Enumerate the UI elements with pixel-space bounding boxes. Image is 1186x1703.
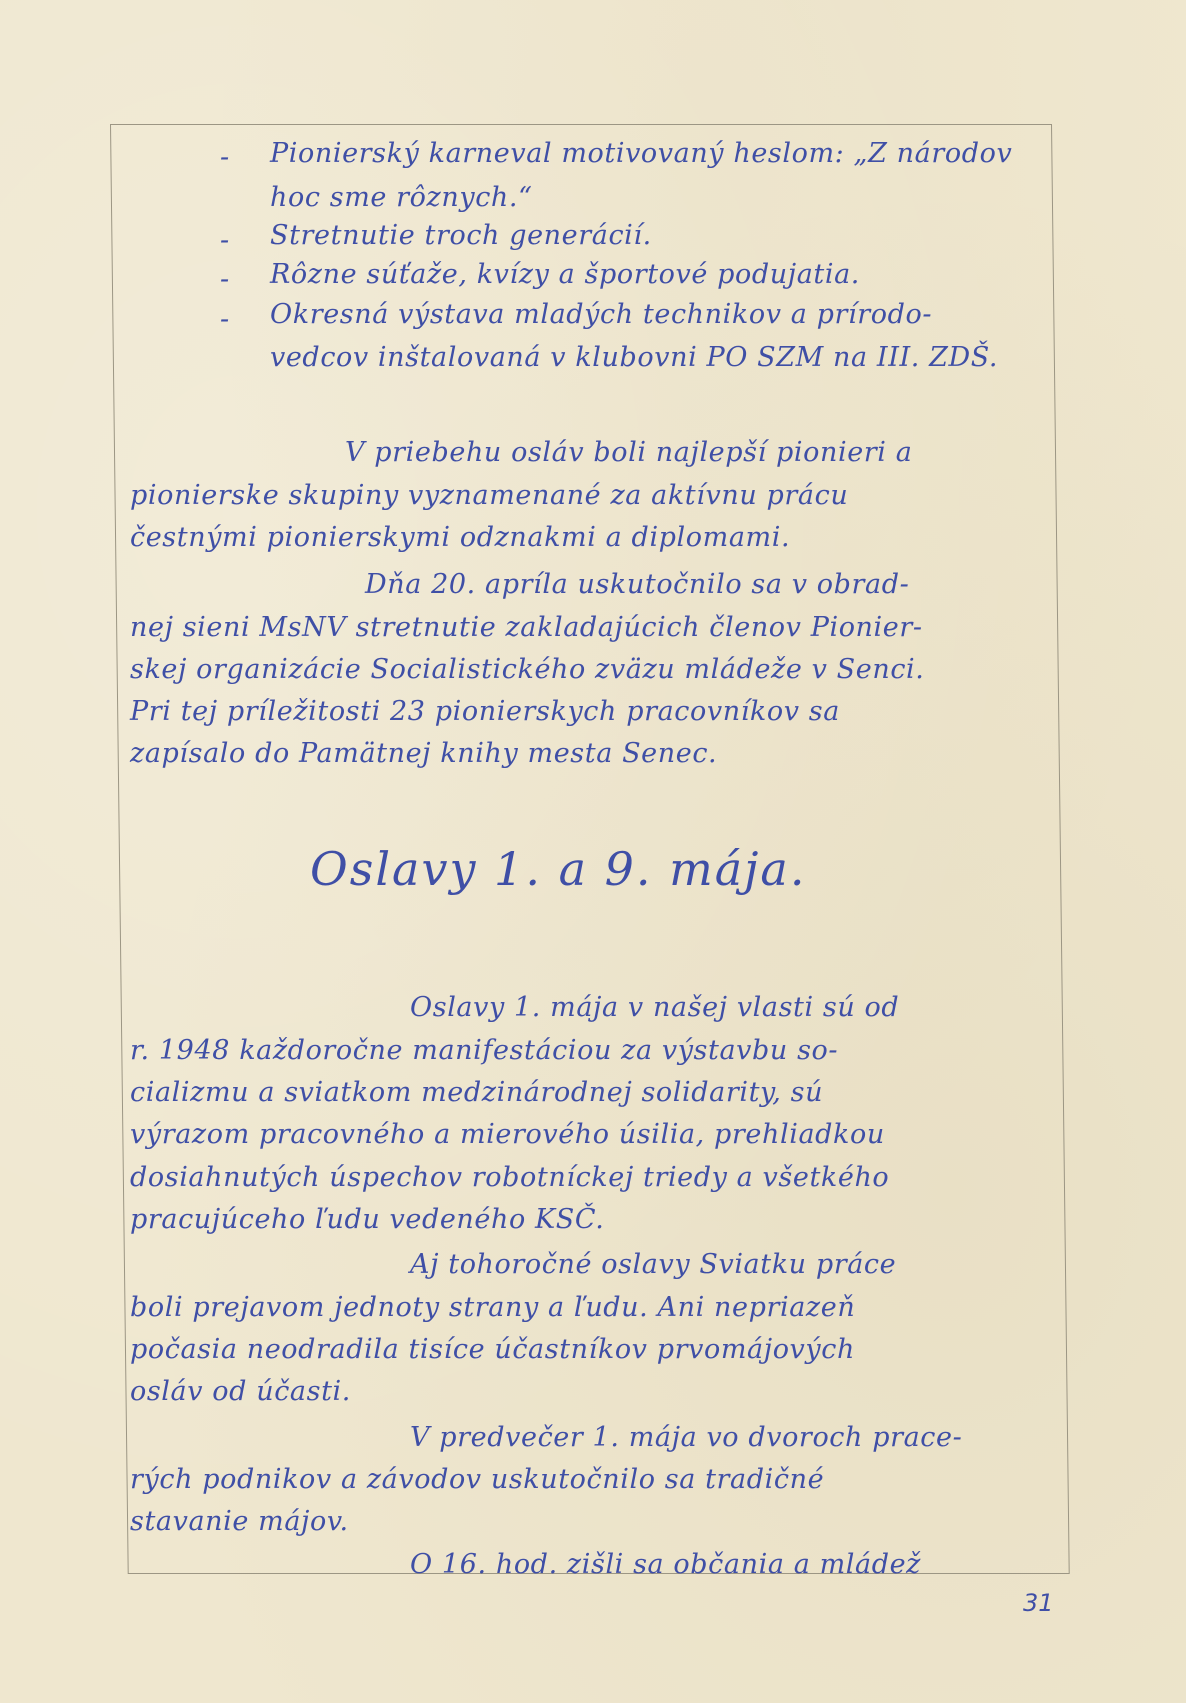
bullet-2-line-1: Stretnutie troch generácií. <box>270 220 652 251</box>
paragraph-line: r. 1948 každoročne manifestáciou za výst… <box>130 1035 838 1066</box>
paragraph-line: pracujúceho ľudu vedeného KSČ. <box>130 1204 604 1235</box>
paragraph-line: výrazom pracovného a mierového úsilia, p… <box>130 1119 885 1150</box>
paragraph-line: nej sieni MsNV stretnutie zakladajúcich … <box>130 612 923 643</box>
paragraph-line: čestnými pionierskymi odznakmi a diploma… <box>130 522 790 553</box>
bullet-dash: - <box>220 225 230 256</box>
bullet-dash: - <box>220 264 230 295</box>
paragraph-line: Pri tej príležitosti 23 pionierskych pra… <box>130 696 840 727</box>
paragraph-line: V predvečer 1. mája vo dvoroch prace- <box>410 1422 962 1453</box>
paragraph-line: Aj tohoročné oslavy Sviatku práce <box>410 1249 896 1280</box>
bullet-4-line-2: vedcov inštalovaná v klubovni PO SZM na … <box>270 342 998 373</box>
paragraph-line: cializmu a sviatkom medzinárodnej solida… <box>130 1077 823 1108</box>
bullet-3-line-1: Rôzne súťaže, kvízy a športové podujatia… <box>270 259 860 290</box>
paragraph-line: osláv od účasti. <box>130 1376 351 1407</box>
bullet-1-line-2: hoc sme rôznych.“ <box>270 182 533 213</box>
paragraph-line: O 16. hod. zišli sa občania a mládež <box>410 1549 921 1580</box>
paragraph-line: dosiahnutých úspechov robotníckej triedy… <box>130 1162 889 1193</box>
bullet-4-line-1: Okresná výstava mladých technikov a prír… <box>270 299 932 330</box>
paragraph-line: počasia neodradila tisíce účastníkov prv… <box>130 1334 855 1365</box>
bullet-1-line-1: Pionierský karneval motivovaný heslom: „… <box>270 138 1012 169</box>
paragraph-line: V priebehu osláv boli najlepší pionieri … <box>345 437 912 468</box>
paragraph-line: pionierske skupiny vyznamenané za aktívn… <box>130 480 848 511</box>
paragraph-line: boli prejavom jednoty strany a ľudu. Ani… <box>130 1292 855 1323</box>
paragraph-line: zapísalo do Pamätnej knihy mesta Senec. <box>130 738 717 769</box>
bullet-dash: - <box>220 304 230 335</box>
paragraph-line: skej organizácie Socialistického zväzu m… <box>130 654 924 685</box>
paragraph-line: Dňa 20. apríla uskutočnilo sa v obrad- <box>365 569 909 600</box>
page-number: 31 <box>1023 1589 1054 1617</box>
paragraph-line: rých podnikov a závodov uskutočnilo sa t… <box>130 1464 824 1495</box>
section-title: Oslavy 1. a 9. mája. <box>310 842 806 896</box>
bullet-dash: - <box>220 142 230 173</box>
paragraph-line: stavanie májov. <box>130 1506 349 1537</box>
paragraph-line: Oslavy 1. mája v našej vlasti sú od <box>410 992 899 1023</box>
